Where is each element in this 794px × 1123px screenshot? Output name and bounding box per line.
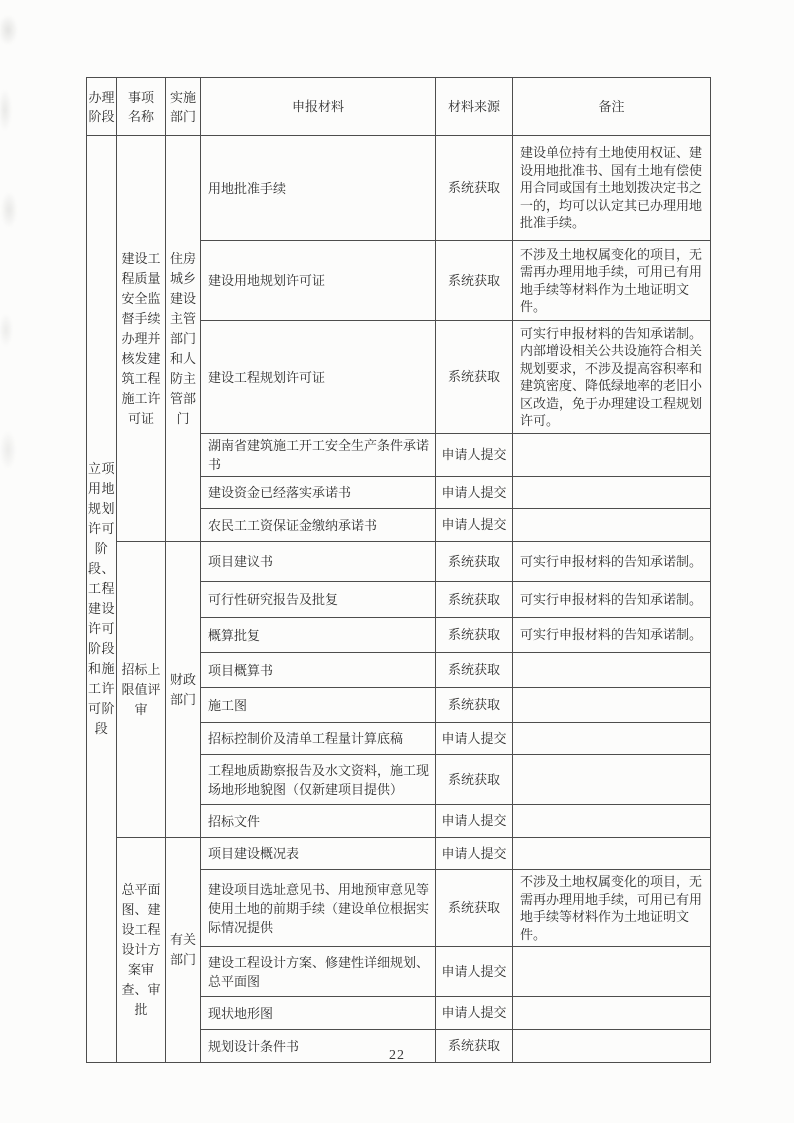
page-number: 22 (0, 1048, 794, 1064)
remark-cell: 可实行申报材料的告知承诺制。 (513, 542, 711, 582)
dept-cell: 住房城乡建设主管部门和人防主管部门 (166, 136, 201, 542)
remark-cell: 可实行申报材料的告知承诺制。 (513, 618, 711, 653)
material-cell: 项目概算书 (201, 653, 436, 688)
material-cell: 工程地质勘察报告及水文资料，施工现场地形地貌图（仅新建项目提供） (201, 755, 436, 805)
remark-cell: 建设单位持有土地使用权证、建设用地批准书、国有土地有偿使用合同或国有土地划拨决定… (513, 136, 711, 241)
material-cell: 招标文件 (201, 805, 436, 838)
source-cell: 系统获取 (436, 542, 513, 582)
source-cell: 申请人提交 (436, 947, 513, 997)
item-cell: 招标上限值评审 (117, 542, 166, 838)
header-item: 事项名称 (117, 78, 166, 136)
source-cell: 系统获取 (436, 321, 513, 434)
remark-cell (513, 838, 711, 870)
remark-cell (513, 723, 711, 755)
source-cell: 申请人提交 (436, 477, 513, 509)
item-cell: 建设工程质量安全监督手续办理并核发建筑工程施工许可证 (117, 136, 166, 542)
header-material: 申报材料 (201, 78, 436, 136)
material-cell: 农民工工资保证金缴纳承诺书 (201, 509, 436, 542)
header-source: 材料来源 (436, 78, 513, 136)
material-cell: 招标控制价及清单工程量计算底稿 (201, 723, 436, 755)
material-cell: 建设工程规划许可证 (201, 321, 436, 434)
stage-cell: 立项用地规划许可阶段、工程建设许可阶段和施工许可阶段 (87, 136, 117, 1063)
source-cell: 系统获取 (436, 618, 513, 653)
remark-cell (513, 688, 711, 723)
material-cell: 施工图 (201, 688, 436, 723)
material-cell: 概算批复 (201, 618, 436, 653)
source-cell: 系统获取 (436, 653, 513, 688)
document-page: 办理阶段 事项名称 实施部门 申报材料 材料来源 备注 立项用地规划许可阶段、工… (0, 0, 794, 1123)
material-cell: 建设资金已经落实承诺书 (201, 477, 436, 509)
source-cell: 系统获取 (436, 870, 513, 947)
remark-cell (513, 509, 711, 542)
material-cell: 建设项目选址意见书、用地预审意见等使用土地的前期手续（建设单位根据实际情况提供 (201, 870, 436, 947)
material-cell: 建设工程设计方案、修建性详细规划、总平面图 (201, 947, 436, 997)
material-cell: 项目建设概况表 (201, 838, 436, 870)
remark-cell: 不涉及土地权属变化的项目，无需再办理用地手续，可用已有用地手续等材料作为土地证明… (513, 870, 711, 947)
source-cell: 系统获取 (436, 582, 513, 618)
remark-cell (513, 653, 711, 688)
remark-cell (513, 805, 711, 838)
table-row: 招标上限值评审 财政部门 项目建议书 系统获取 可实行申报材料的告知承诺制。 (87, 542, 711, 582)
header-stage: 办理阶段 (87, 78, 117, 136)
source-cell: 申请人提交 (436, 509, 513, 542)
source-cell: 系统获取 (436, 755, 513, 805)
table-header-row: 办理阶段 事项名称 实施部门 申报材料 材料来源 备注 (87, 78, 711, 136)
material-cell: 用地批准手续 (201, 136, 436, 241)
remark-cell: 可实行申报材料的告知承诺制。 (513, 582, 711, 618)
remark-cell: 可实行申报材料的告知承诺制。内部增设相关公共设施符合相关规划要求，不涉及提高容积… (513, 321, 711, 434)
table-row: 立项用地规划许可阶段、工程建设许可阶段和施工许可阶段 建设工程质量安全监督手续办… (87, 136, 711, 241)
source-cell: 申请人提交 (436, 434, 513, 477)
header-remark: 备注 (513, 78, 711, 136)
source-cell: 申请人提交 (436, 997, 513, 1030)
remark-cell (513, 997, 711, 1030)
source-cell: 申请人提交 (436, 805, 513, 838)
source-cell: 系统获取 (436, 136, 513, 241)
source-cell: 申请人提交 (436, 723, 513, 755)
remark-cell (513, 477, 711, 509)
material-cell: 可行性研究报告及批复 (201, 582, 436, 618)
remark-cell (513, 947, 711, 997)
remark-cell: 不涉及土地权属变化的项目，无需再办理用地手续，可用已有用地手续等材料作为土地证明… (513, 241, 711, 321)
table-row: 总平面图、建设工程设计方案审查、审批 有关部门 项目建设概况表 申请人提交 (87, 838, 711, 870)
dept-cell: 有关部门 (166, 838, 201, 1063)
material-cell: 建设用地规划许可证 (201, 241, 436, 321)
source-cell: 系统获取 (436, 241, 513, 321)
dept-cell: 财政部门 (166, 542, 201, 838)
item-cell: 总平面图、建设工程设计方案审查、审批 (117, 838, 166, 1063)
material-cell: 湖南省建筑施工开工安全生产条件承诺书 (201, 434, 436, 477)
material-cell: 项目建议书 (201, 542, 436, 582)
source-cell: 申请人提交 (436, 838, 513, 870)
remark-cell (513, 755, 711, 805)
material-cell: 现状地形图 (201, 997, 436, 1030)
remark-cell (513, 434, 711, 477)
scan-artifact (0, 0, 26, 560)
source-cell: 系统获取 (436, 688, 513, 723)
header-dept: 实施部门 (166, 78, 201, 136)
approval-materials-table: 办理阶段 事项名称 实施部门 申报材料 材料来源 备注 立项用地规划许可阶段、工… (86, 77, 711, 1063)
